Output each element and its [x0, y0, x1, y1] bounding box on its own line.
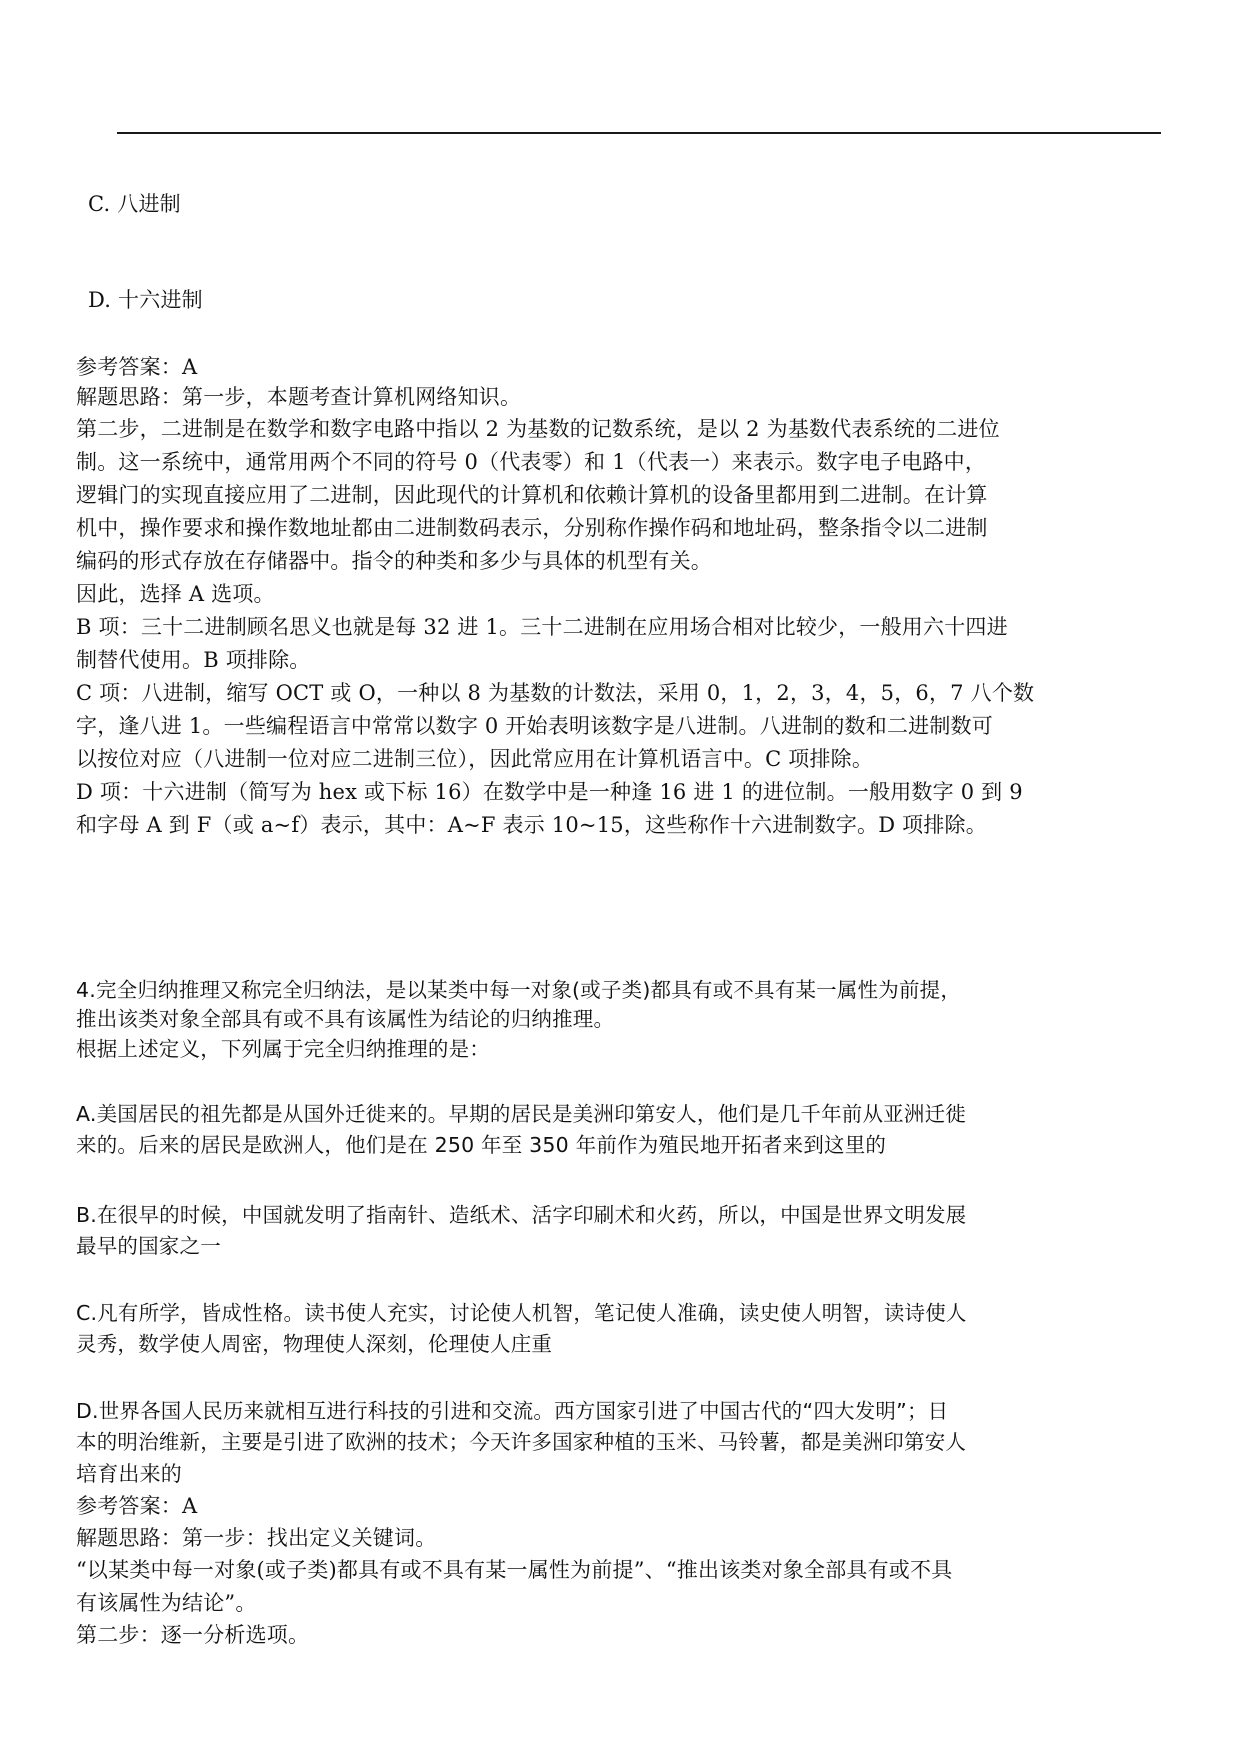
- q4-option-c: C.凡有所学，皆成性格。读书使人充实，讨论使人机智，笔记使人准确，读史使人明智，…: [76, 1299, 967, 1327]
- q4-analysis-line: 有该属性为结论”。: [76, 1589, 257, 1617]
- q4-option-a: A.美国居民的祖先都是从国外迁徙来的。早期的居民是美洲印第安人，他们是几千年前从…: [76, 1100, 966, 1128]
- q3-analysis-line: 以按位对应（八进制一位对应二进制三位），因此常应用在计算机语言中。C 项排除。: [76, 745, 873, 773]
- header-rule: [117, 132, 1161, 134]
- q3-analysis-line: 编码的形式存放在存储器中。指令的种类和多少与具体的机型有关。: [76, 547, 712, 575]
- q3-analysis-line: B 项：三十二进制顾名思义也就是每 32 进 1。三十二进制在应用场合相对比较少…: [76, 613, 1008, 641]
- q3-analysis-line: 字，逢八进 1。一些编程语言中常常以数字 0 开始表明该数字是八进制。八进制的数…: [76, 712, 993, 740]
- q3-analysis-line: 和字母 A 到 F（或 a~f）表示，其中：A~F 表示 10~15，这些称作十…: [76, 811, 987, 839]
- q3-analysis-line: 逻辑门的实现直接应用了二进制，因此现代的计算机和依赖计算机的设备里都用到二进制。…: [76, 481, 988, 509]
- q3-analysis-line: 机中，操作要求和操作数地址都由二进制数码表示，分别称作操作码和地址码，整条指令以…: [76, 514, 988, 542]
- q4-option-c: 灵秀，数学使人周密，物理使人深刻，伦理使人庄重: [76, 1330, 552, 1358]
- q4-analysis-line: 第二步：逐一分析选项。: [76, 1621, 309, 1649]
- q4-option-b: B.在很早的时候，中国就发明了指南针、造纸术、活字印刷术和火药，所以，中国是世界…: [76, 1201, 966, 1229]
- option-c: C. 八进制: [88, 190, 181, 218]
- q3-analysis-line: C 项：八进制，缩写 OCT 或 O，一种以 8 为基数的计数法，采用 0，1，…: [76, 679, 1034, 707]
- q4-analysis-line: 解题思路：第一步：找出定义关键词。: [76, 1524, 436, 1552]
- q4-option-d: 本的明治维新，主要是引进了欧洲的技术；今天许多国家种植的玉米、马铃薯，都是美洲印…: [76, 1428, 966, 1456]
- q3-analysis-line: 解题思路：第一步，本题考查计算机网络知识。: [76, 383, 521, 411]
- q3-analysis-line: 制替代使用。B 项排除。: [76, 646, 311, 674]
- q4-reference-answer: 参考答案：A: [76, 1492, 197, 1520]
- q4-option-d: 培育出来的: [76, 1460, 182, 1488]
- q4-stem-line: 推出该类对象全部具有或不具有该属性为结论的归纳推理。: [76, 1005, 614, 1033]
- q4-stem-line: 根据上述定义，下列属于完全归纳推理的是：: [76, 1035, 490, 1063]
- q3-reference-answer: 参考答案：A: [76, 353, 197, 381]
- q4-analysis-line: “以某类中每一对象(或子类)都具有或不具有某一属性为前提”、“推出该类对象全部具…: [76, 1556, 952, 1584]
- q3-analysis-line: 制。这一系统中，通常用两个不同的符号 0（代表零）和 1（代表一）来表示。数字电…: [76, 448, 986, 476]
- q3-analysis-line: 第二步，二进制是在数学和数字电路中指以 2 为基数的记数系统，是以 2 为基数代…: [76, 415, 1000, 443]
- q4-option-a: 来的。后来的居民是欧洲人，他们是在 250 年至 350 年前作为殖民地开拓者来…: [76, 1131, 886, 1159]
- q4-stem-line: 4.完全归纳推理又称完全归纳法，是以某类中每一对象(或子类)都具有或不具有某一属…: [76, 976, 961, 1004]
- q3-analysis-line: 因此，选择 A 选项。: [76, 580, 275, 608]
- option-d: D. 十六进制: [88, 286, 203, 314]
- q4-option-b: 最早的国家之一: [76, 1232, 221, 1260]
- q4-option-d: D.世界各国人民历来就相互进行科技的引进和交流。西方国家引进了中国古代的“四大发…: [76, 1397, 948, 1425]
- q3-analysis-line: D 项：十六进制（简写为 hex 或下标 16）在数学中是一种逢 16 进 1 …: [76, 778, 1023, 806]
